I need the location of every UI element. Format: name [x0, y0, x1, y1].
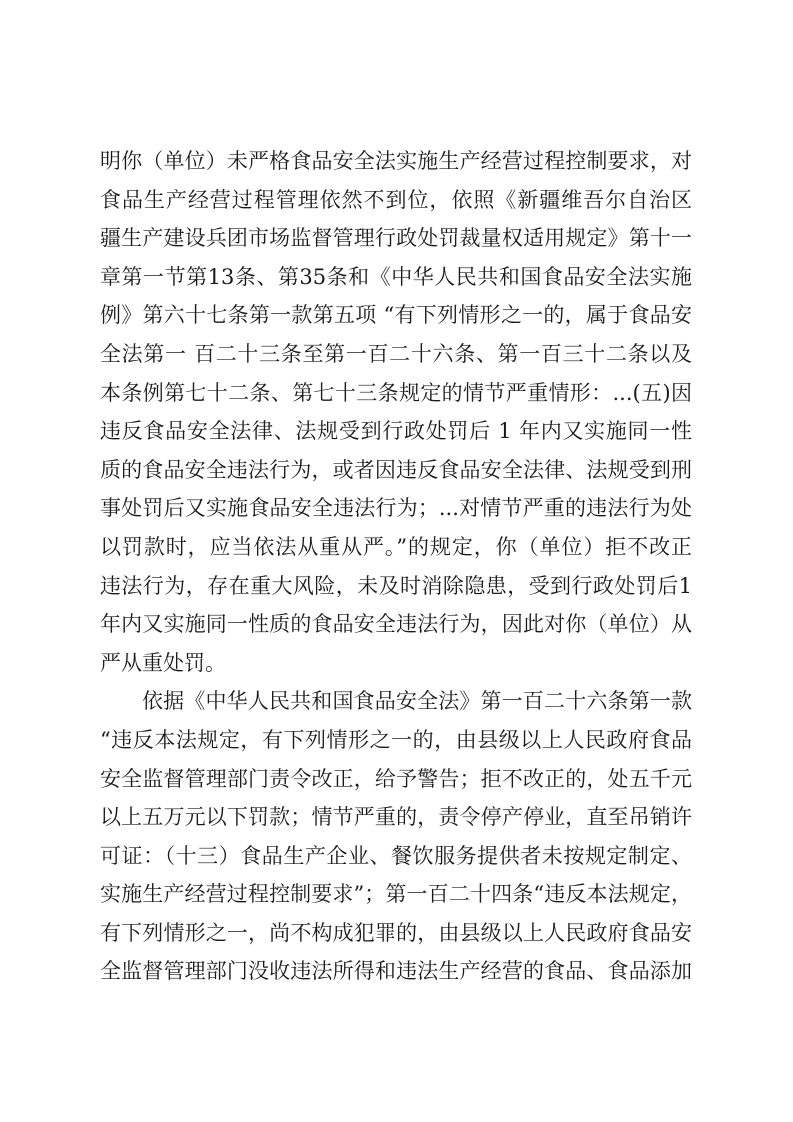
text-line: 违法行为，存在重大风险，未及时消除隐患，受到行政处罚后1: [100, 567, 692, 606]
text-line: “违反本法规定，有下列情形之一的，由县级以上人民政府食品: [100, 721, 692, 760]
text-line: 章第一节第13条、第35条和《中华人民共和国食品安全法实施条: [100, 258, 692, 297]
text-line: 质的食品安全违法行为，或者因违反食品安全法律、法规受到刑: [100, 451, 692, 490]
text-line: 安全监督管理部门责令改正，给予警告；拒不改正的，处五千元: [100, 760, 692, 799]
text-line: 严从重处罚。: [100, 644, 692, 683]
document-page: 明你（单位）未严格食品安全法实施生产经营过程控制要求，对食品生产经营过程管理依然…: [0, 0, 793, 1122]
text-line: 本条例第七十二条、第七十三条规定的情节严重情形：...(五)因: [100, 374, 692, 413]
text-line: 食品生产经营过程管理依然不到位，依照《新疆维吾尔自治区 新: [100, 181, 692, 220]
document-text-block: 明你（单位）未严格食品安全法实施生产经营过程控制要求，对食品生产经营过程管理依然…: [100, 142, 692, 991]
text-line: 全监督管理部门没收违法所得和违法生产经营的食品、食品添加: [100, 952, 692, 991]
text-line: 可证：（十三）食品生产企业、餐饮服务提供者未按规定制定、: [100, 837, 692, 876]
text-line: 例》第六十七条第一款第五项 “有下列情形之一的，属于食品安: [100, 296, 692, 335]
text-line: 年内又实施同一性质的食品安全违法行为，因此对你（单位）从: [100, 605, 692, 644]
text-line: 以罚款时，应当依法从重从严。”的规定，你（单位）拒不改正: [100, 528, 692, 567]
text-line: 明你（单位）未严格食品安全法实施生产经营过程控制要求，对: [100, 142, 692, 181]
text-line: 全法第一 百二十三条至第一百二十六条、第一百三十二条以及: [100, 335, 692, 374]
text-line: 违反食品安全法律、法规受到行政处罚后 1 年内又实施同一性: [100, 412, 692, 451]
text-line: 以上五万元以下罚款；情节严重的，责令停产停业，直至吊销许: [100, 798, 692, 837]
text-line: 实施生产经营过程控制要求”；第一百二十四条“违反本法规定，: [100, 875, 692, 914]
text-line: 依据《中华人民共和国食品安全法》第一百二十六条第一款: [100, 682, 692, 721]
text-line: 有下列情形之一，尚不构成犯罪的，由县级以上人民政府食品安: [100, 914, 692, 953]
text-line: 疆生产建设兵团市场监督管理行政处罚裁量权适用规定》第十一: [100, 219, 692, 258]
text-line: 事处罚后又实施食品安全违法行为；...对情节严重的违法行为处: [100, 489, 692, 528]
